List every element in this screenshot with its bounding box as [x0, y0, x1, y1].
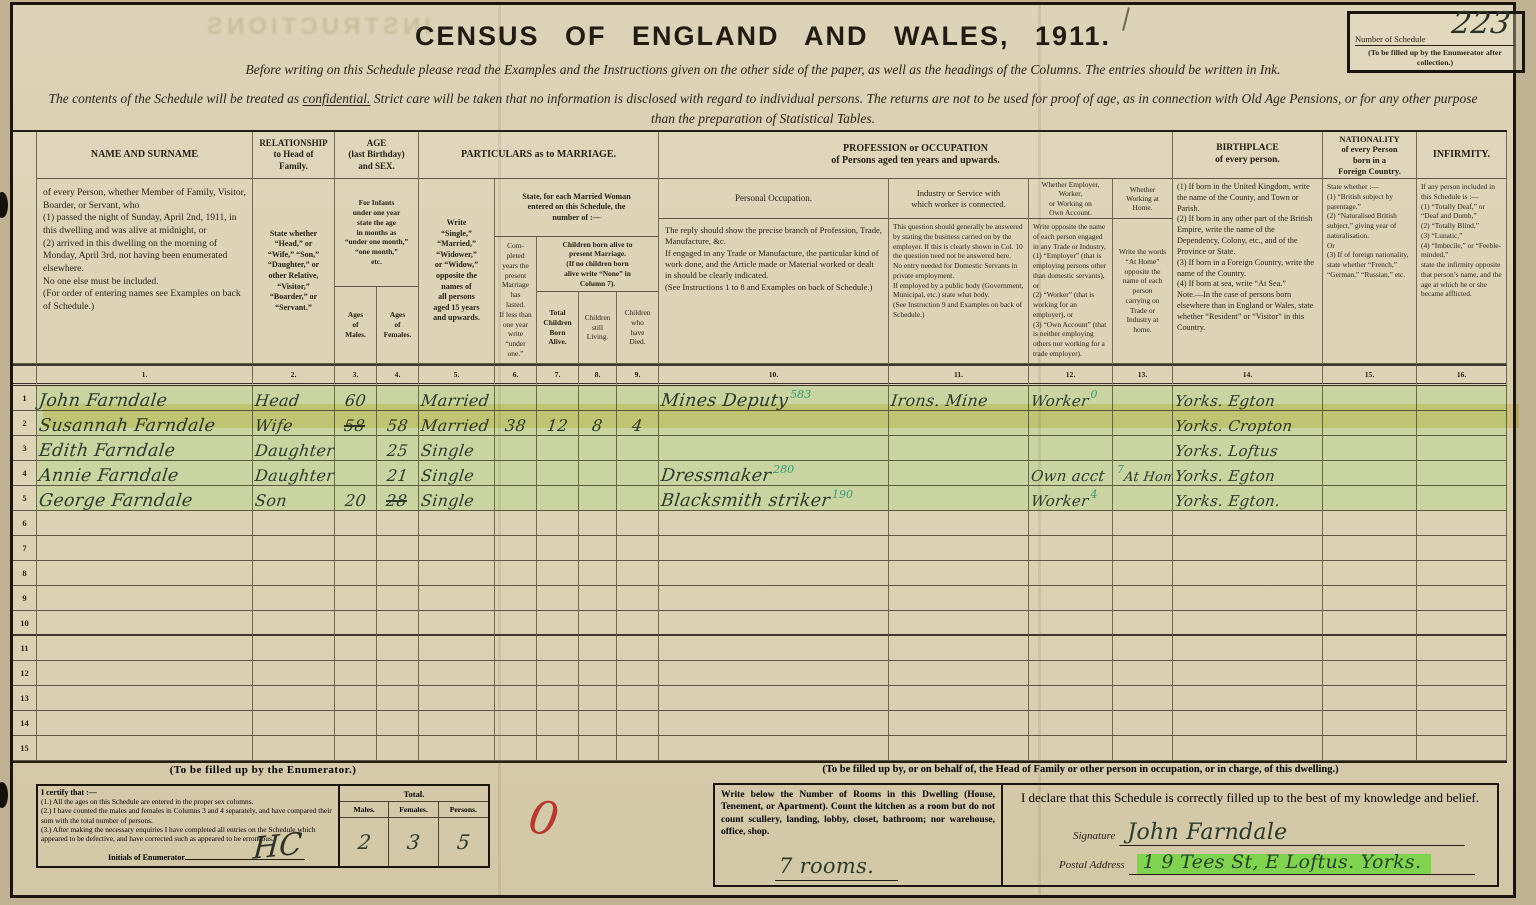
confidential-note: The contents of the Schedule will be tre… [43, 89, 1483, 128]
cell-name [37, 561, 253, 586]
employment-value: Worker [1030, 394, 1089, 410]
cell-children-died [617, 636, 659, 661]
cell-industry [889, 711, 1029, 736]
cell-birthplace [1173, 561, 1323, 586]
cell-children-born [537, 736, 579, 761]
col-nationality-title: NATIONALITY of every Person born in a Fo… [1323, 132, 1417, 179]
enumerator-certification: I certify that :— (1.) All the ages on t… [38, 786, 338, 866]
cell-age-females: 25 [377, 436, 419, 461]
cell-employment [1029, 636, 1113, 661]
cell-age-males [335, 461, 377, 486]
col-number: 15. [1323, 364, 1417, 386]
cell-occupation [659, 736, 889, 761]
cell-age-males: 58 [335, 411, 377, 436]
cell-at-home [1113, 486, 1173, 511]
schedule-number-box: 223 Number of Schedule (To be filled up … [1347, 11, 1525, 73]
instruction-line: Before writing on this Schedule please r… [73, 62, 1453, 78]
cell-employment [1029, 686, 1113, 711]
cell-marital-status: Single [419, 436, 495, 461]
cell-marital-status [419, 536, 495, 561]
cell-nationality [1323, 586, 1417, 611]
cell-children-living [579, 711, 617, 736]
totals-table: Total. Males. Females. Persons. 2 3 5 [338, 786, 488, 866]
cell-children-died [617, 586, 659, 611]
cell-nationality [1323, 736, 1417, 761]
cell-industry [889, 536, 1029, 561]
cell-name: Edith Farndale [37, 436, 253, 461]
cell-name [37, 536, 253, 561]
col-personal-occupation-desc: The reply should show the precise branch… [659, 219, 889, 364]
cell-name [37, 736, 253, 761]
signature-label: Signature [1073, 830, 1115, 842]
postal-address-row: Postal Address 1 9 Tees St, E Loftus. Yo… [1059, 853, 1475, 875]
row-number: 4 [13, 461, 37, 486]
cell-at-home [1113, 436, 1173, 461]
row-number: 9 [13, 586, 37, 611]
cell-infirmity [1417, 636, 1507, 661]
cell-children-died [617, 511, 659, 536]
cell-at-home [1113, 611, 1173, 636]
cell-name [37, 611, 253, 636]
died-value: 4 [631, 418, 644, 435]
cell-marriage-years [495, 486, 537, 511]
signature-line: John Farndale [1119, 821, 1465, 846]
cell-children-died [617, 436, 659, 461]
cell-marriage-years [495, 636, 537, 661]
cell-marriage-years [495, 661, 537, 686]
cell-age-males [335, 536, 377, 561]
cell-age-females [377, 736, 419, 761]
cell-birthplace: Yorks. Cropton [1173, 411, 1323, 436]
cell-children-born [537, 686, 579, 711]
cell-relationship: Son [253, 486, 335, 511]
age-female-struck: 28 [385, 493, 408, 510]
cell-marriage-years [495, 436, 537, 461]
cell-industry [889, 411, 1029, 436]
col-children-born-desc: Total Children Born Alive. [537, 292, 579, 364]
cell-relationship [253, 711, 335, 736]
cell-marital-status [419, 711, 495, 736]
col-birthplace-title: BIRTHPLACE of every person. [1173, 132, 1323, 179]
row-number: 8 [13, 561, 37, 586]
cell-nationality [1323, 486, 1417, 511]
marital-value: Single [420, 443, 475, 460]
females-label: Females. [389, 802, 438, 818]
cell-occupation [659, 711, 889, 736]
cell-occupation [659, 636, 889, 661]
persons-label: Persons. [439, 802, 488, 818]
row-number: 14 [13, 711, 37, 736]
relationship-value: Son [254, 493, 288, 510]
employment-value: Own acct [1030, 469, 1106, 485]
sub-at-home: Whether Working at Home. [1113, 179, 1173, 219]
relationship-value: Daughter [254, 443, 335, 460]
col-name-title: NAME AND SURNAME [37, 132, 253, 179]
cell-birthplace: Yorks. Egton [1173, 386, 1323, 411]
cell-occupation: Dressmaker280 [659, 461, 889, 486]
cell-employment: Own acct [1029, 461, 1113, 486]
cell-nationality [1323, 686, 1417, 711]
cell-age-females: 21 [377, 461, 419, 486]
col-children-died-desc: Children who have Died. [617, 292, 659, 364]
row-number: 11 [13, 636, 37, 661]
sub-employer: Whether Employer, Worker, or Working on … [1029, 179, 1113, 219]
cell-children-born [537, 586, 579, 611]
cell-age-females: 58 [377, 411, 419, 436]
cell-age-males [335, 436, 377, 461]
col-number: 10. [659, 364, 889, 386]
cell-marital-status: Single [419, 486, 495, 511]
cell-children-living [579, 686, 617, 711]
cell-infirmity [1417, 586, 1507, 611]
cell-occupation [659, 661, 889, 686]
confidential-word: confidential. [303, 91, 371, 106]
cell-infirmity [1417, 711, 1507, 736]
females-value-text: 3 [406, 832, 422, 853]
cell-industry [889, 461, 1029, 486]
occupation-code: 190 [832, 488, 853, 501]
col-at-home-desc: Write the words “At Home” opposite the n… [1113, 219, 1173, 364]
cell-employment [1029, 561, 1113, 586]
initials-label-text: Initials of Enumerator [108, 853, 185, 862]
cell-children-died [617, 461, 659, 486]
cell-birthplace: Yorks. Loftus [1173, 436, 1323, 461]
cell-at-home [1113, 511, 1173, 536]
cell-children-born [537, 611, 579, 636]
cell-birthplace [1173, 736, 1323, 761]
employment-value: Worker [1030, 494, 1089, 510]
industry-value: Irons. Mine [890, 393, 989, 410]
cell-marriage-years [495, 561, 537, 586]
age-male-struck: 58 [343, 418, 366, 435]
cell-occupation [659, 561, 889, 586]
occupation-value: Dressmaker [660, 467, 772, 485]
cell-children-living [579, 586, 617, 611]
row-number: 2 [13, 411, 37, 436]
cell-nationality [1323, 511, 1417, 536]
cell-industry [889, 436, 1029, 461]
cell-relationship [253, 736, 335, 761]
cell-age-females [377, 636, 419, 661]
cell-marital-status [419, 586, 495, 611]
rooms-value-text: 7 rooms. [779, 854, 874, 878]
cell-children-born [537, 536, 579, 561]
col-number: 6. [495, 364, 537, 386]
cell-infirmity [1417, 386, 1507, 411]
col-number: 12. [1029, 364, 1113, 386]
group-marriage-title: PARTICULARS as to MARRIAGE. [419, 132, 659, 179]
cell-children-living [579, 536, 617, 561]
cell-age-females [377, 511, 419, 536]
cell-infirmity [1417, 461, 1507, 486]
cell-children-died [617, 536, 659, 561]
cell-children-born [537, 511, 579, 536]
cert-intro: I certify that :— [41, 788, 335, 797]
form-border-frame: INSTRUCTIONS CENSUS OF ENGLAND AND WALES… [10, 2, 1516, 898]
cell-children-died [617, 711, 659, 736]
cell-infirmity [1417, 561, 1507, 586]
cell-employment [1029, 711, 1113, 736]
cell-marriage-years [495, 686, 537, 711]
cell-age-females [377, 711, 419, 736]
punch-hole-mark [0, 192, 8, 218]
total-label: Total. [340, 786, 488, 802]
cell-marriage-years [495, 736, 537, 761]
cell-relationship [253, 586, 335, 611]
occupation-code: 583 [790, 388, 811, 401]
cell-age-males [335, 686, 377, 711]
cell-nationality [1323, 711, 1417, 736]
group-profession-title: PROFESSION or OCCUPATION of Persons aged… [659, 132, 1173, 179]
name-value: Susannah Farndale [38, 417, 216, 435]
cell-relationship: Wife [253, 411, 335, 436]
row-number: 13 [13, 686, 37, 711]
cell-marital-status: Married [419, 411, 495, 436]
col-number: 13. [1113, 364, 1173, 386]
marital-value: Single [420, 493, 475, 510]
cell-marital-status [419, 561, 495, 586]
sub-industry: Industry or Service with which worker is… [889, 179, 1029, 219]
name-value: Edith Farndale [38, 442, 177, 460]
row-number: 6 [13, 511, 37, 536]
col-number: 3. [335, 364, 377, 386]
cell-occupation [659, 586, 889, 611]
marital-value: Married [420, 393, 490, 410]
col-number: 8. [579, 364, 617, 386]
cell-occupation: Blacksmith striker190 [659, 486, 889, 511]
cell-relationship [253, 511, 335, 536]
schedule-number-note: (To be filled up by the Enumerator after… [1353, 48, 1517, 67]
cell-birthplace [1173, 711, 1323, 736]
cell-at-home [1113, 636, 1173, 661]
signature-value: John Farndale [1127, 820, 1287, 845]
cell-employment [1029, 436, 1113, 461]
relationship-value: Head [254, 393, 300, 410]
cell-children-living [579, 561, 617, 586]
col-number: 7. [537, 364, 579, 386]
females-value: 3 [389, 818, 438, 866]
cell-name: George Farndale [37, 486, 253, 511]
cell-birthplace [1173, 586, 1323, 611]
row-number: 1 [13, 386, 37, 411]
cell-age-males [335, 511, 377, 536]
cell-infirmity [1417, 661, 1507, 686]
cell-relationship [253, 661, 335, 686]
col-number: 16. [1417, 364, 1507, 386]
cell-at-home [1113, 536, 1173, 561]
cell-children-living [579, 661, 617, 686]
head-of-family-box: Write below the Number of Rooms in this … [713, 783, 1499, 887]
cell-industry [889, 561, 1029, 586]
married-woman-note: State, for each Married Woman entered on… [495, 179, 659, 237]
cell-marital-status [419, 636, 495, 661]
cell-children-died [617, 661, 659, 686]
birthplace-value: Yorks. Egton [1174, 394, 1276, 410]
census-table: NAME AND SURNAME RELATIONSHIP to Head of… [13, 130, 1507, 763]
age-male-value: 60 [344, 393, 367, 410]
cell-age-females: 28 [377, 486, 419, 511]
enumerator-section-heading: (To be filled up by the Enumerator.) [43, 764, 483, 776]
marital-value: Single [420, 468, 475, 485]
cell-birthplace: Yorks. Egton. [1173, 486, 1323, 511]
col-marriage-years-desc: Com- pleted years the present Marriage h… [495, 237, 537, 364]
enumerator-initials-value: HC [252, 826, 303, 867]
cell-age-females [377, 661, 419, 686]
cell-age-females [377, 561, 419, 586]
cell-employment [1029, 611, 1113, 636]
col-number: 1. [37, 364, 253, 386]
persons-value-text: 5 [456, 832, 472, 853]
cell-age-females [377, 686, 419, 711]
confidential-prefix: The contents of the Schedule will be tre… [48, 91, 302, 106]
cell-children-died [617, 611, 659, 636]
col-marital-desc: Write “Single,” “Married,” “Widower,” or… [419, 179, 495, 364]
males-label: Males. [340, 802, 389, 818]
cell-children-born: 12 [537, 411, 579, 436]
cell-marital-status [419, 661, 495, 686]
cell-children-living [579, 511, 617, 536]
living-value: 8 [591, 418, 604, 435]
cell-age-males: 60 [335, 386, 377, 411]
cell-nationality [1323, 636, 1417, 661]
cell-nationality [1323, 661, 1417, 686]
row-number: 10 [13, 611, 37, 636]
cell-at-home [1113, 711, 1173, 736]
red-pen-mark: 0 [525, 793, 562, 843]
marital-value: Married [420, 418, 490, 435]
cell-children-born [537, 661, 579, 686]
employment-code: 0 [1091, 388, 1098, 401]
punch-hole-mark [0, 782, 8, 808]
age-female-value: 58 [386, 418, 409, 435]
cell-nationality [1323, 561, 1417, 586]
cell-name [37, 661, 253, 686]
cell-children-died [617, 386, 659, 411]
schedule-number-label: Number of Schedule [1355, 34, 1515, 46]
col-name-desc: of every Person, whether Member of Famil… [37, 179, 253, 364]
birthplace-value: Yorks. Cropton [1174, 419, 1293, 435]
cell-name: John Farndale [37, 386, 253, 411]
rooms-cell: Write below the Number of Rooms in this … [715, 785, 1003, 885]
name-value: George Farndale [38, 492, 194, 510]
col-age-infants-desc: For Infants under one year state the age… [335, 179, 419, 287]
col-number: 2. [253, 364, 335, 386]
cell-at-home [1113, 736, 1173, 761]
relationship-value: Wife [254, 418, 294, 435]
cell-infirmity [1417, 411, 1507, 436]
cell-relationship: Daughter [253, 461, 335, 486]
rooms-value: 7 rooms. [775, 855, 898, 881]
cell-marriage-years [495, 536, 537, 561]
green-highlight: 1 9 Tees St, E Loftus. Yorks. [1137, 854, 1432, 874]
cell-nationality [1323, 411, 1417, 436]
cell-occupation [659, 511, 889, 536]
cell-infirmity [1417, 611, 1507, 636]
cell-occupation [659, 411, 889, 436]
cell-industry: Irons. Mine [889, 386, 1029, 411]
cell-marriage-years [495, 586, 537, 611]
cell-name [37, 711, 253, 736]
cell-children-died [617, 486, 659, 511]
cell-birthplace: Yorks. Egton [1173, 461, 1323, 486]
confidential-suffix: Strict care will be taken that no inform… [370, 91, 1477, 126]
row-number: 5 [13, 486, 37, 511]
row-number: 7 [13, 536, 37, 561]
cell-at-home [1113, 561, 1173, 586]
postal-address-label: Postal Address [1059, 859, 1125, 871]
cell-nationality [1323, 536, 1417, 561]
males-value: 2 [340, 818, 389, 866]
strip-blank [13, 364, 37, 386]
postal-address-line: 1 9 Tees St, E Loftus. Yorks. [1129, 853, 1475, 875]
cell-at-home [1113, 386, 1173, 411]
cell-children-born [537, 486, 579, 511]
cell-industry [889, 611, 1029, 636]
declaration-text: I declare that this Schedule is correctl… [1003, 790, 1497, 806]
col-number: 9. [617, 364, 659, 386]
cell-occupation [659, 436, 889, 461]
cell-children-born [537, 436, 579, 461]
cell-infirmity [1417, 511, 1507, 536]
cell-birthplace [1173, 686, 1323, 711]
cell-at-home [1113, 661, 1173, 686]
cell-marriage-years: 38 [495, 411, 537, 436]
age-male-value: 20 [344, 493, 367, 510]
cell-birthplace [1173, 511, 1323, 536]
col-birthplace-desc: (1) If born in the United Kingdom, write… [1173, 179, 1323, 364]
cell-children-born [537, 636, 579, 661]
col-nationality-desc: State whether :— (1) “British subject by… [1323, 179, 1417, 364]
cell-relationship: Daughter [253, 436, 335, 461]
row-number: 3 [13, 436, 37, 461]
col-age-females-label: Ages of Females. [377, 287, 419, 364]
cell-infirmity [1417, 536, 1507, 561]
col-relationship-title: RELATIONSHIP to Head of Family. [253, 132, 335, 179]
cell-nationality [1323, 611, 1417, 636]
cell-relationship: Head [253, 386, 335, 411]
cell-age-males [335, 586, 377, 611]
birthplace-value: Yorks. Egton. [1174, 494, 1281, 510]
census-schedule-scan: INSTRUCTIONS CENSUS OF ENGLAND AND WALES… [0, 0, 1536, 905]
cell-birthplace [1173, 536, 1323, 561]
cell-children-died [617, 736, 659, 761]
age-female-value: 25 [386, 443, 409, 460]
cell-relationship [253, 636, 335, 661]
cell-relationship [253, 686, 335, 711]
persons-value: 5 [439, 818, 488, 866]
cell-occupation: Mines Deputy583 [659, 386, 889, 411]
col-age-males-label: Ages of Males. [335, 287, 377, 364]
cell-industry [889, 511, 1029, 536]
col-number: 14. [1173, 364, 1323, 386]
cell-marital-status [419, 611, 495, 636]
cell-marital-status: Married [419, 386, 495, 411]
cell-industry [889, 486, 1029, 511]
occupation-code: 280 [773, 463, 794, 476]
children-born-note: Children born alive to present Marriage.… [537, 237, 659, 292]
males-value-text: 2 [356, 832, 372, 853]
cell-infirmity [1417, 486, 1507, 511]
cell-birthplace [1173, 661, 1323, 686]
cell-age-females [377, 536, 419, 561]
cell-marriage-years [495, 511, 537, 536]
cell-relationship [253, 611, 335, 636]
rooms-instruction: Write below the Number of Rooms in this … [721, 789, 995, 838]
cell-children-living [579, 436, 617, 461]
cell-marital-status [419, 686, 495, 711]
cell-employment [1029, 586, 1113, 611]
postal-address-value: 1 9 Tees St, E Loftus. Yorks. [1143, 851, 1422, 873]
